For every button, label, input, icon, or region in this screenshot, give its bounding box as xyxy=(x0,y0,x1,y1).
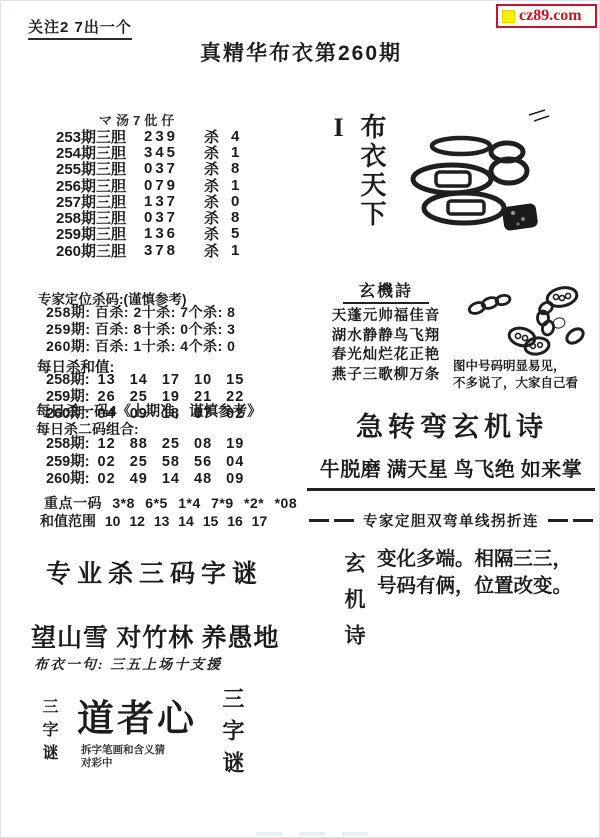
riddle-line-wrap: 牛脱磨 满天星 鸟飞绝 如来掌 xyxy=(307,453,595,491)
dan-history-table: 253期三胆 239 杀 4 254期三胆 345 杀 1 255期三胆 037… xyxy=(56,128,239,258)
values-cell: 13 14 17 10 15 xyxy=(98,372,245,388)
divider-line xyxy=(334,519,354,522)
values-cell: 12 88 25 08 19 xyxy=(98,436,245,452)
poem-line: 湖水静静鸟飞翔 xyxy=(309,327,463,347)
dan-cell: 037 xyxy=(144,160,192,177)
kill-cell: 1 xyxy=(231,144,239,161)
scan-artifact-dashes xyxy=(256,832,368,836)
dan-cell: 079 xyxy=(144,177,192,194)
list-item: 260期: 百杀: 1十杀: 4个杀: 0 xyxy=(46,338,235,355)
list-item: 260期:02 49 14 48 09 xyxy=(46,471,244,489)
sum-range-line: 和值范围 10 12 13 14 15 16 17 xyxy=(40,511,267,531)
three-char-riddle-label-left: 三字谜 xyxy=(37,698,60,783)
expert-divider-text: 专家定胆双弯单线拐折连 xyxy=(363,510,539,531)
mystery-poem2-lines: 变化多端。相隔三三， 号码有俩，位置改变。 xyxy=(377,546,572,600)
page-title: 真精华布衣第260期 xyxy=(1,37,600,67)
chain-doodle-drawing xyxy=(459,275,595,365)
values-cell: 02 25 58 56 04 xyxy=(98,454,245,470)
dan-cell: 136 xyxy=(144,225,192,242)
poem-line: 变化多端。相隔三三， xyxy=(377,546,572,573)
list-item: 258期:13 14 17 10 15 xyxy=(46,372,244,389)
kill-cell: 1 xyxy=(231,242,239,259)
kill-cell: 0 xyxy=(231,193,239,210)
caption-line: 图中号码明显易见， xyxy=(453,358,578,375)
period-cell: 260期: xyxy=(46,471,90,487)
brand-vertical-title: 布衣天下I xyxy=(323,113,390,253)
riddle-answer-note: 拆字笔画和含义猜 对彩中 xyxy=(81,744,165,770)
site-badge-text: cz89.com xyxy=(519,7,582,25)
doodle-caption: 图中号码明显易见， 不多说了，大家自己看 xyxy=(453,358,578,392)
expert-divider: 专家定胆双弯单线拐折连 xyxy=(307,510,595,531)
list-item: 259期:02 25 58 56 04 xyxy=(46,454,244,472)
list-item: 259期: 百杀: 8十杀: 0个杀: 3 xyxy=(46,321,235,338)
dan-cell: 378 xyxy=(144,242,192,259)
period-cell: 258期: xyxy=(46,436,90,452)
poem-line: 春光灿烂花正艳 xyxy=(309,346,463,366)
kill-cell: 4 xyxy=(231,128,239,145)
seal-stamp-icon xyxy=(501,203,538,231)
poem-line: 燕子三歌柳万条 xyxy=(309,366,463,386)
period-cell: 260期三胆 xyxy=(56,240,144,261)
poem-line: 天蓬元帅福佳音 xyxy=(309,307,463,327)
mystery-poem-title: 玄機詩 xyxy=(343,278,429,304)
key-one-code-line: 重点一码 3*8 6*5 1*4 7*9 *2* *08 xyxy=(44,493,297,513)
caption-line: 不多说了，大家自己看 xyxy=(453,375,578,392)
kill-three-code-title: 专业杀三码字谜 xyxy=(46,554,263,590)
period-cell: 259期: xyxy=(46,454,90,470)
values-cell: 02 49 14 48 09 xyxy=(98,471,245,487)
period-cell: 258期: xyxy=(46,372,90,388)
coin-doodle-drawing xyxy=(391,107,555,239)
kill-label: 杀 xyxy=(204,240,219,261)
mystery-poem-block: 玄機詩 天蓬元帅福佳音 湖水静静鸟飞翔 春光灿烂花正艳 燕子三歌柳万条 xyxy=(309,278,463,385)
three-char-riddle-label-right: 三字谜 xyxy=(217,687,248,797)
riddle-line: 牛脱磨 满天星 鸟飞绝 如来掌 xyxy=(320,459,583,481)
divider-line xyxy=(309,519,329,522)
kill-three-code-words: 望山雪 对竹林 养愚地 xyxy=(31,618,280,654)
dan-cell: 239 xyxy=(144,128,192,145)
mystery-poem2-vertical-label: 玄机诗 xyxy=(339,552,369,672)
kill-cell: 8 xyxy=(231,209,239,226)
riddle-answer: 道者心 xyxy=(77,688,197,742)
note-line: 拆字笔画和含义猜 xyxy=(81,744,165,757)
dan-cell: 345 xyxy=(144,144,192,161)
poem-line: 号码有俩，位置改变。 xyxy=(377,573,572,600)
position-kill-rows: 258期: 百杀: 2十杀: 7个杀: 8 259期: 百杀: 8十杀: 0个杀… xyxy=(46,304,235,355)
lottery-sheet-page: 关注2 7出一个 cz89.com 真精华布衣第260期 マ汤7仳仔 253期三… xyxy=(0,0,600,838)
badge-square-icon xyxy=(502,10,515,23)
buyi-sentence: 布衣一句: 三五上场十支援 xyxy=(34,654,222,674)
dan-cell: 037 xyxy=(144,209,192,226)
table-row: 260期三胆 378 杀 1 xyxy=(56,242,239,258)
list-item: 258期: 百杀: 2十杀: 7个杀: 8 xyxy=(46,304,235,321)
kill-cell: 1 xyxy=(231,177,239,194)
dan-cell: 137 xyxy=(144,193,192,210)
note-line: 对彩中 xyxy=(81,757,165,770)
list-item: 258期:12 88 25 08 19 xyxy=(46,436,244,454)
daily-one-kill-line: 每日杀一码4《上期准，谨慎参考》 xyxy=(36,400,262,421)
mystery-poem-lines: 天蓬元帅福佳音 湖水静静鸟飞翔 春光灿烂花正艳 燕子三歌柳万条 xyxy=(309,307,463,385)
divider-line xyxy=(548,519,568,522)
kill-cell: 5 xyxy=(231,225,239,242)
pencil-mark xyxy=(529,110,549,121)
kill-cell: 8 xyxy=(231,160,239,177)
divider-line xyxy=(573,519,593,522)
daily-two-kill-rows: 258期:12 88 25 08 19 259期:02 25 58 56 04 … xyxy=(46,436,244,489)
sharp-turn-poem-title: 急转弯玄机诗 xyxy=(311,405,593,444)
site-badge-link[interactable]: cz89.com xyxy=(496,4,597,28)
